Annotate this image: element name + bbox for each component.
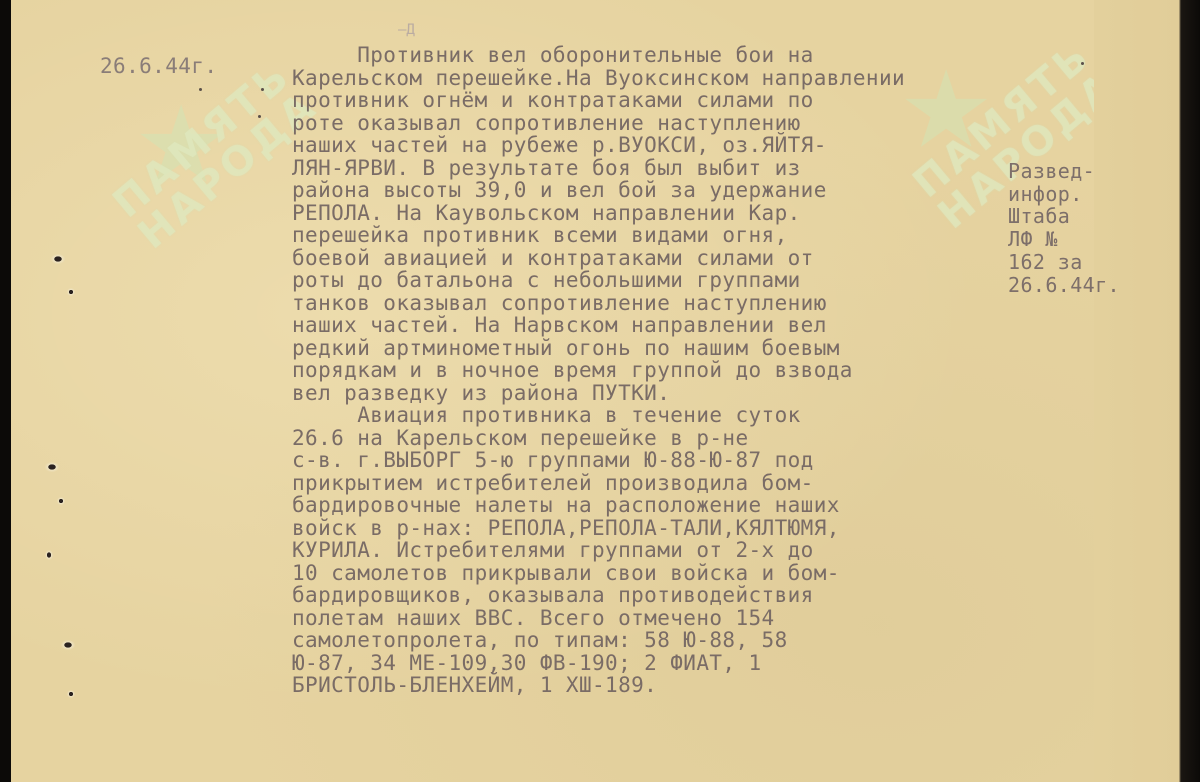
report-line: 26.6 на Карельском перешейке в р-не (292, 427, 905, 450)
side-note-line: инфор. (1008, 183, 1120, 206)
report-line: вел разведку из района ПУТКИ. (292, 382, 905, 405)
side-note-source: Развед-инфор.ШтабаЛФ №162 за26.6.44г. (1008, 160, 1120, 296)
report-line: Противник вел оборонительные бои на (292, 44, 905, 67)
report-line: бардировщиков, оказывала противодействия (292, 584, 905, 607)
ink-speck (199, 88, 202, 91)
report-line: самолетопролета, по типам: 58 Ю-88, 58 (292, 629, 905, 652)
report-line: боевой авиацией и контратаками силами от (292, 247, 905, 270)
ink-speck (261, 88, 264, 91)
report-line: роте оказывал сопротивление наступлению (292, 112, 905, 135)
ink-speck (258, 115, 261, 118)
watermark-line: ПАМЯТЬ (106, 54, 299, 225)
side-note-line: Штаба (1008, 205, 1120, 228)
punch-hole (67, 690, 75, 698)
side-note-line: 162 за (1008, 251, 1120, 274)
report-line: танков оказывал сопротивление наступлени… (292, 292, 905, 315)
scan-border-right (1094, 0, 1200, 782)
punch-hole (61, 640, 75, 650)
side-note-line: 26.6.44г. (1008, 274, 1120, 297)
punch-hole (45, 550, 53, 560)
report-line: БРИСТОЛЬ-БЛЕНХЕЙМ, 1 ХШ-189. (292, 674, 905, 697)
report-line: порядкам и в ночное время группой до взв… (292, 359, 905, 382)
report-line: Карельском перешейке.На Вуоксинском напр… (292, 67, 905, 90)
watermark-star-icon: ★ (901, 10, 991, 184)
punch-hole (45, 462, 59, 472)
report-line: Ю-87, 34 МЕ-109,30 ФВ-190; 2 ФИАТ, 1 (292, 652, 905, 675)
report-line: КУРИЛА. Истребителями группами от 2-х до (292, 539, 905, 562)
report-line: роты до батальона с небольшими группами (292, 269, 905, 292)
report-line: полетам наших ВВС. Всего отмечено 154 (292, 607, 905, 630)
ink-speck (1081, 62, 1084, 65)
punch-hole (67, 288, 75, 296)
report-line: ЛЯН-ЯРВИ. В результате боя был выбит из (292, 157, 905, 180)
side-note-line: ЛФ № (1008, 228, 1120, 251)
report-line: 10 самолетов прикрывали свои войска и бо… (292, 562, 905, 585)
report-line: района высоты 39,0 и вел бой за удержани… (292, 179, 905, 202)
report-line: редкий артминометный огонь по нашим боев… (292, 337, 905, 360)
punch-hole (57, 497, 65, 505)
report-line: бардировочные налеты на расположение наш… (292, 494, 905, 517)
report-line: РЕПОЛА. На Каувольском направлении Кар. (292, 202, 905, 225)
report-line: прикрытием истребителей производила бом- (292, 472, 905, 495)
report-line: Авиация противника в течение суток (292, 404, 905, 427)
report-line: перешейка противник всеми видами огня, (292, 224, 905, 247)
side-note-line: Развед- (1008, 160, 1120, 183)
report-line: противник огнём и контратаками силами по (292, 89, 905, 112)
report-body: Противник вел оборонительные бои наКарел… (292, 44, 905, 697)
report-line: наших частей. На Нарвском направлении ве… (292, 314, 905, 337)
top-mark: –Д (398, 22, 415, 38)
punch-hole (51, 254, 65, 264)
report-line: войск в р-нах: РЕПОЛА,РЕПОЛА-ТАЛИ,КЯЛТЮМ… (292, 517, 905, 540)
margin-date: 26.6.44г. (100, 55, 217, 78)
report-line: наших частей на рубеже р.ВУОКСИ, оз.ЯЙТЯ… (292, 134, 905, 157)
report-line: с-в. г.ВЫБОРГ 5-ю группами Ю-88-Ю-87 под (292, 449, 905, 472)
